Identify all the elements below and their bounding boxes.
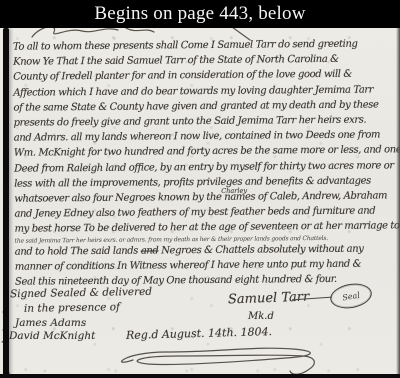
struck-word: and: [141, 245, 159, 256]
interlined-insertion: Charley: [221, 184, 247, 199]
witness-signature: James Adams: [15, 317, 86, 329]
page-caption: Begins on page 443, below: [94, 3, 305, 25]
bottom-frame-bar: [0, 374, 400, 378]
seal-label: Seal: [342, 290, 361, 302]
manuscript-text: To all to whom these presents shall Come…: [13, 36, 397, 290]
witness-signature: David McKnight: [9, 330, 95, 342]
bottom-ribbon-flourish: [108, 344, 338, 378]
right-frame-edge: [396, 28, 400, 378]
manuscript-line: whatsoever also four Negroes known by th…: [14, 190, 387, 204]
caption-bar: Begins on page 443, below: [0, 0, 400, 28]
document-scan: To all to whom these presents shall Come…: [0, 28, 400, 378]
registration-note: Reg.d August. 14th. 1804.: [126, 325, 272, 342]
signed-sealed-line: Signed Sealed & delivered: [10, 286, 152, 300]
line-segment: and to hold The said lands: [15, 245, 141, 257]
left-frame-bar: [3, 28, 9, 378]
presence-line: in the presence of: [24, 301, 120, 315]
mark-notation: Mk.d: [248, 311, 274, 322]
line-segment: Negroes & Chattels absolutely without an…: [158, 243, 363, 256]
screenshot-frame: Begins on page 443, below To all to whom…: [0, 0, 400, 378]
